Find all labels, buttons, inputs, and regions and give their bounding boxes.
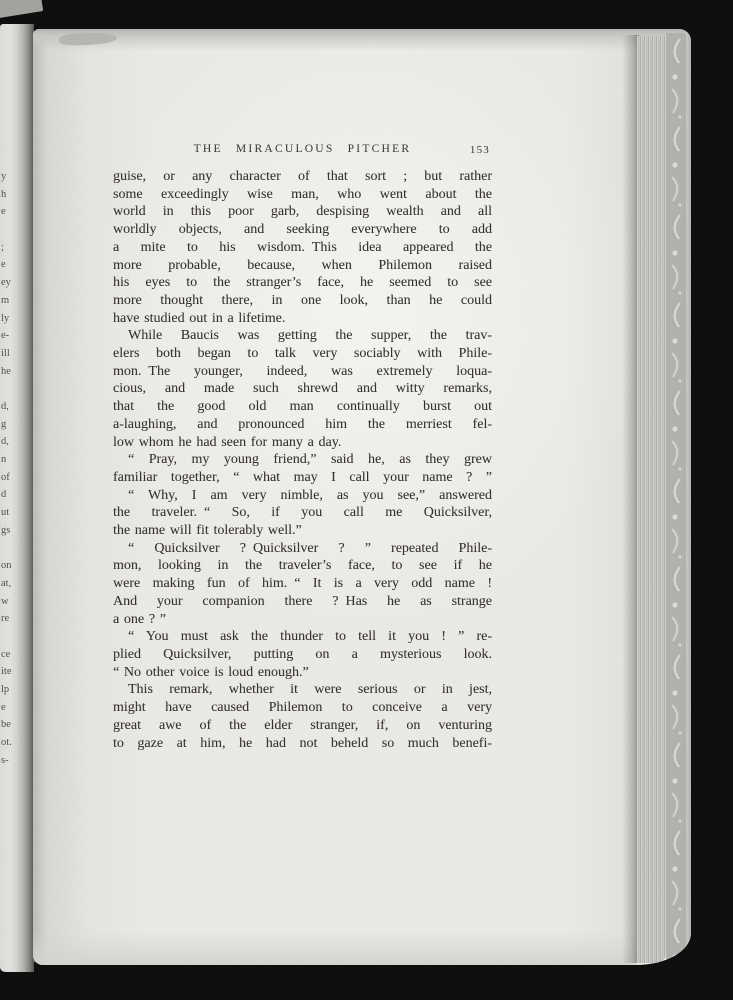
text-line: his eyes to the stranger’s face, he seem… [113, 274, 492, 292]
text-line: low whom he had seen for many a day. [113, 434, 492, 452]
text-fragment: e [1, 699, 14, 717]
text-fragment: lp [1, 681, 14, 699]
text-line: worldly objects, and seeking everywhere … [113, 221, 492, 239]
text-fragment: he [1, 363, 14, 381]
paragraph: This remark, whether it were serious or … [113, 681, 492, 752]
text-line: the name will fit tolerably well.” [113, 522, 492, 540]
text-block: THE MIRACULOUS PITCHER 153 guise, or any… [113, 142, 492, 752]
text-fragment: s- [1, 752, 14, 770]
paragraph: “ Why, I am very nimble, as you see,” an… [113, 487, 492, 540]
text-line: “ Pray, my young friend,” said he, as th… [113, 451, 492, 469]
facing-page-strip: yhe;eeymlye-illhed,gd,nofdutgsonat,wrece… [0, 24, 34, 972]
text-fragment: at, [1, 575, 14, 593]
text-fragment: re [1, 610, 14, 628]
facing-page-fragments: yhe;eeymlye-illhed,gd,nofdutgsonat,wrece… [1, 168, 14, 769]
text-line: This remark, whether it were serious or … [113, 681, 492, 699]
running-header: THE MIRACULOUS PITCHER 153 [113, 142, 492, 160]
stray-page-corner [0, 0, 43, 19]
paragraph: “ Quicksilver ? Quicksilver ? ” repeated… [113, 540, 492, 629]
page-number: 153 [470, 144, 490, 156]
book-page: THE MIRACULOUS PITCHER 153 guise, or any… [33, 29, 691, 965]
text-fragment: ot. [1, 734, 14, 752]
text-line: “ Why, I am very nimble, as you see,” an… [113, 487, 492, 505]
text-fragment [1, 539, 14, 557]
text-fragment: ill [1, 345, 14, 363]
text-fragment: d, [1, 433, 14, 451]
text-fragment: ite [1, 663, 14, 681]
text-fragment [1, 221, 14, 239]
text-fragment: ut [1, 504, 14, 522]
text-line: While Baucis was getting the supper, the… [113, 327, 492, 345]
fore-edge-pattern [666, 33, 686, 960]
text-line: mon, looking in the traveler’s face, to … [113, 557, 492, 575]
text-line: “ No other voice is loud enough.” [113, 664, 492, 682]
text-fragment: m [1, 292, 14, 310]
paragraph: “ You must ask the thunder to tell it yo… [113, 628, 492, 681]
text-fragment: n [1, 451, 14, 469]
text-line: a one ? ” [113, 611, 492, 629]
text-line: a-laughing, and pronounced him the merri… [113, 416, 492, 434]
page-surface: THE MIRACULOUS PITCHER 153 guise, or any… [33, 35, 637, 965]
text-fragment: ; [1, 239, 14, 257]
text-line: “ Quicksilver ? Quicksilver ? ” repeated… [113, 540, 492, 558]
text-line: mon. The younger, indeed, was extremely … [113, 363, 492, 381]
text-fragment: e- [1, 327, 14, 345]
text-fragment: w [1, 593, 14, 611]
text-line: cious, and made such shrewd and witty re… [113, 380, 492, 398]
text-fragment: e [1, 256, 14, 274]
text-fragment: gs [1, 522, 14, 540]
paragraph: “ Pray, my young friend,” said he, as th… [113, 451, 492, 486]
text-line: great awe of the elder stranger, if, on … [113, 717, 492, 735]
book-cover-right-edge [686, 29, 691, 965]
paragraph: guise, or any character of that sort ; b… [113, 168, 492, 327]
paragraph: While Baucis was getting the supper, the… [113, 327, 492, 451]
text-line: to gaze at him, he had not beheld so muc… [113, 735, 492, 753]
text-line: the traveler. “ So, if you call me Quick… [113, 504, 492, 522]
text-line: elers both began to talk very sociably w… [113, 345, 492, 363]
text-line: plied Quicksilver, putting on a mysterio… [113, 646, 492, 664]
text-fragment: on [1, 557, 14, 575]
text-fragment: ce [1, 646, 14, 664]
fore-edge-page-stack [637, 36, 666, 963]
text-line: might have caused Philemon to conceive a… [113, 699, 492, 717]
text-fragment: ey [1, 274, 14, 292]
text-fragment: ly [1, 310, 14, 328]
text-fragment: be [1, 716, 14, 734]
text-fragment: d, [1, 398, 14, 416]
text-fragment [1, 380, 14, 398]
text-fragment [1, 628, 14, 646]
text-line: more thought there, in one look, than he… [113, 292, 492, 310]
worn-page-edge [59, 32, 117, 46]
photographed-book-scene: { "document": { "header": { "title": "TH… [0, 0, 733, 1000]
text-line: were making fun of him. “ It is a very o… [113, 575, 492, 593]
text-fragment: g [1, 416, 14, 434]
text-line: familiar together, “ what may I call you… [113, 469, 492, 487]
body-text: guise, or any character of that sort ; b… [113, 168, 492, 752]
text-line: more probable, because, when Philemon ra… [113, 257, 492, 275]
text-line: that the good old man continually burst … [113, 398, 492, 416]
text-fragment: h [1, 186, 14, 204]
text-line: a mite to his wisdom. This idea appeared… [113, 239, 492, 257]
text-fragment: e [1, 203, 14, 221]
text-line: guise, or any character of that sort ; b… [113, 168, 492, 186]
text-fragment: y [1, 168, 14, 186]
text-line: world in this poor garb, despising wealt… [113, 203, 492, 221]
text-line: have studied out in a lifetime. [113, 310, 492, 328]
text-line: some exceedingly wise man, who went abou… [113, 186, 492, 204]
chapter-title: THE MIRACULOUS PITCHER [113, 142, 492, 155]
text-line: “ You must ask the thunder to tell it yo… [113, 628, 492, 646]
text-line: And your companion there ? Has he as str… [113, 593, 492, 611]
text-fragment: of [1, 469, 14, 487]
pattern-ornament-icon [666, 33, 686, 960]
text-fragment: d [1, 486, 14, 504]
